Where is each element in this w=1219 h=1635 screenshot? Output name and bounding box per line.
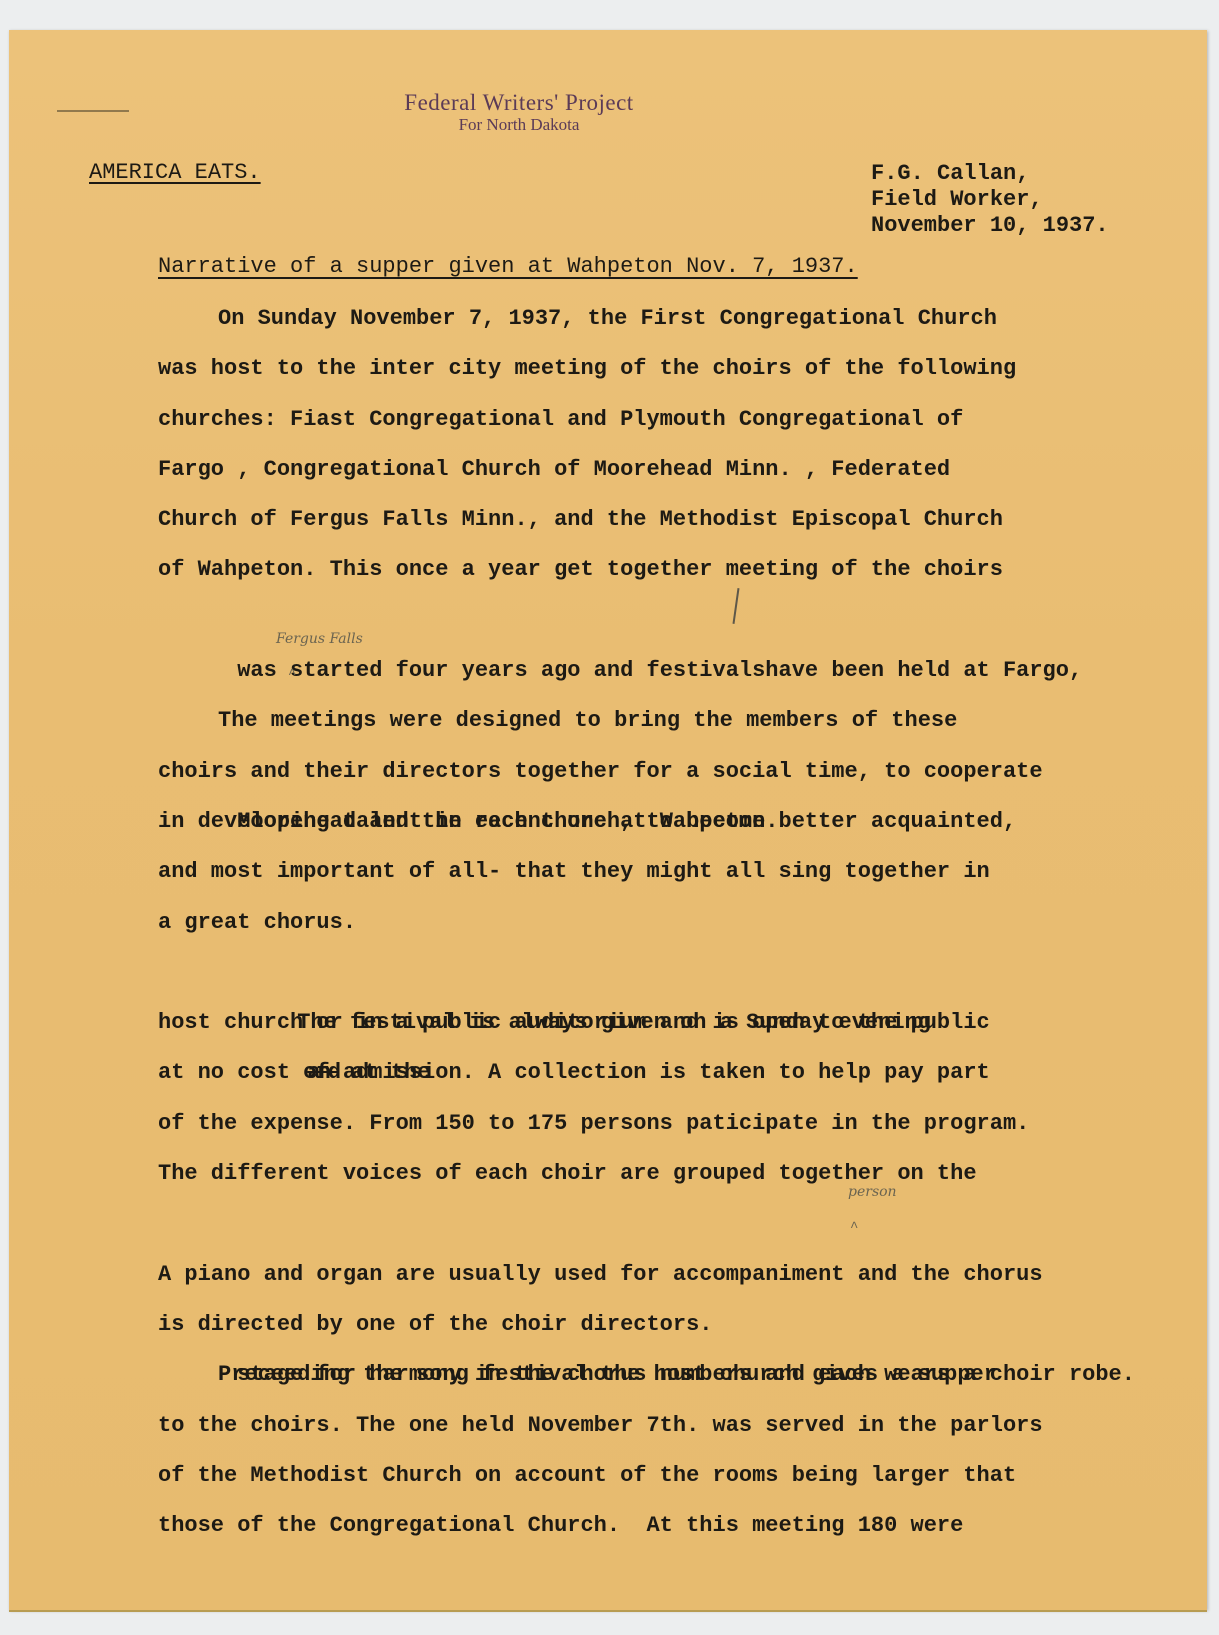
text-line: The meetings were designed to bring the … (158, 696, 1178, 746)
text-line: is directed by one of the choir director… (158, 1300, 1178, 1350)
text-line: person ^ stage for harmony in the chorus… (158, 1199, 1178, 1249)
text-line: at no cost of admission. A collection is… (158, 1048, 1178, 1098)
text-line: to the choirs. The one held November 7th… (158, 1401, 1178, 1451)
text-line: was host to the inter city meeting of th… (158, 344, 1178, 394)
text-line: The festival is always given on a Sunday… (158, 948, 1178, 998)
caret-mark: ^ (850, 1221, 858, 1235)
text-line: choirs and their directors together for … (158, 747, 1178, 797)
federal-writers-stamp: Federal Writers' Project For North Dakot… (349, 90, 689, 134)
text-line: of the Methodist Church on account of th… (158, 1451, 1178, 1501)
body-text: On Sunday November 7, 1937, the First Co… (158, 294, 1178, 1551)
handwritten-insertion-person: person (848, 1185, 897, 1199)
text-line: A piano and organ are usually used for a… (158, 1250, 1178, 1300)
text-line: The different voices of each choir are g… (158, 1149, 1178, 1199)
margin-mark (57, 110, 129, 112)
text-line: of Wahpeton. This once a year get togeth… (158, 545, 1178, 595)
text-line: of the expense. From 150 to 175 persons … (158, 1099, 1178, 1149)
text-line: churches: Fiast Congregational and Plymo… (158, 395, 1178, 445)
stamp-line-1: Federal Writers' Project (349, 90, 689, 116)
author-name: F.G. Callan, (871, 161, 1109, 187)
series-title: AMERICA EATS. (89, 160, 261, 185)
text-line: On Sunday November 7, 1937, the First Co… (158, 294, 1178, 344)
text-line: Church of Fergus Falls Minn., and the Me… (158, 495, 1178, 545)
text-line: in developing talent in each church, to … (158, 797, 1178, 847)
text-line: host church or in a public auditorium an… (158, 998, 1178, 1048)
text-line: and most important of all- that they mig… (158, 847, 1178, 897)
text-line: Fergus Falls ^ Moorehead and the recent … (158, 646, 1178, 696)
text-line: a great chorus. (158, 898, 1178, 948)
document-date: November 10, 1937. (871, 213, 1109, 239)
text-line: Fargo , Congregational Church of Moorehe… (158, 445, 1178, 495)
stamp-line-2: For North Dakota (349, 116, 689, 134)
handwritten-insertion-fergus-falls: Fergus Falls (276, 632, 363, 646)
author-role: Field Worker, (871, 187, 1109, 213)
byline: F.G. Callan, Field Worker, November 10, … (871, 161, 1109, 239)
document-page: Federal Writers' Project For North Dakot… (9, 30, 1207, 1610)
text-line: Preceeding the song festival the host ch… (158, 1350, 1178, 1400)
document-title: Narrative of a supper given at Wahpeton … (158, 254, 858, 279)
caret-mark: ^ (288, 668, 296, 682)
text-line: those of the Congregational Church. At t… (158, 1501, 1178, 1551)
